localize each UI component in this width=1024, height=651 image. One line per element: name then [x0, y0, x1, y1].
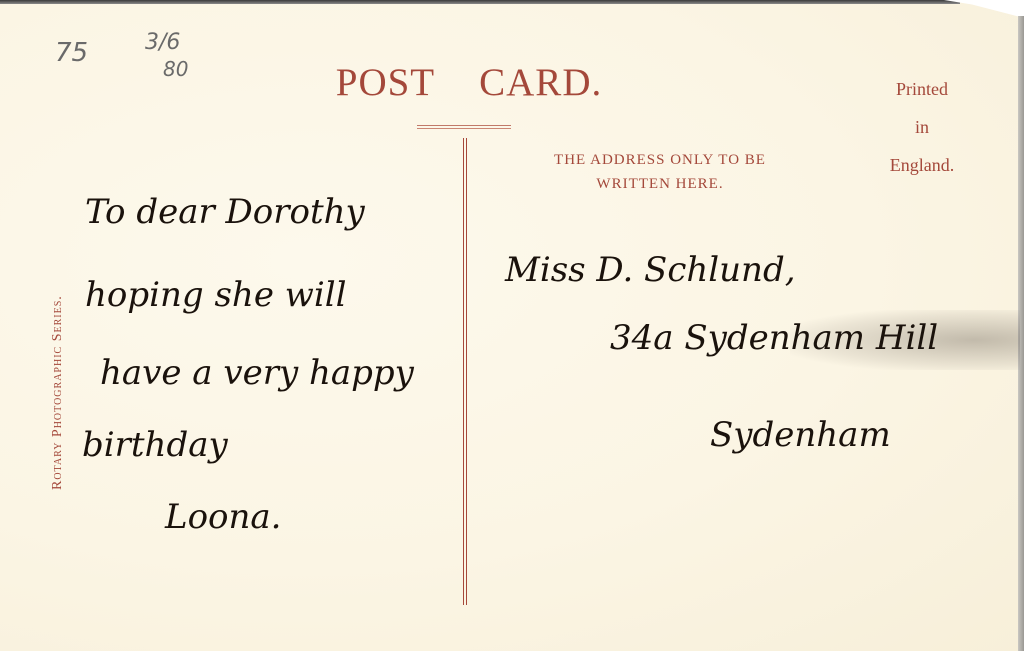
address-instruction-line-2: WRITTEN HERE.: [490, 172, 830, 196]
page-title: POSTCARD.: [0, 60, 938, 105]
printed-in-line-2: in: [872, 108, 972, 146]
printed-in-line-3: England.: [872, 146, 972, 184]
center-divider: [463, 138, 467, 605]
title-post: POST: [336, 61, 435, 104]
message-signature: Loona.: [165, 497, 282, 537]
publisher-series: Rotary Photographic Series.: [50, 295, 66, 490]
title-rule: [417, 125, 511, 129]
message-line: have a very happy: [100, 353, 414, 393]
postcard-back: 75 3/6 80 POSTCARD. Printed in England. …: [0, 0, 1024, 651]
address-instruction-line-1: THE ADDRESS ONLY TO BE: [490, 148, 830, 172]
message-line: birthday: [82, 425, 228, 465]
printed-in-line-1: Printed: [872, 70, 972, 108]
message-line: hoping she will: [85, 275, 346, 315]
address-instruction: THE ADDRESS ONLY TO BE WRITTEN HERE.: [490, 148, 830, 196]
printed-in-england: Printed in England.: [872, 70, 972, 184]
address-line: 34a Sydenham Hill: [610, 318, 938, 358]
title-card: CARD.: [479, 61, 602, 104]
pencil-price-top: 3/6: [145, 30, 180, 55]
address-line: Sydenham: [710, 415, 891, 455]
message-line: To dear Dorothy: [85, 192, 365, 232]
address-line: Miss D. Schlund,: [505, 250, 796, 290]
scan-border-top: [0, 0, 960, 4]
